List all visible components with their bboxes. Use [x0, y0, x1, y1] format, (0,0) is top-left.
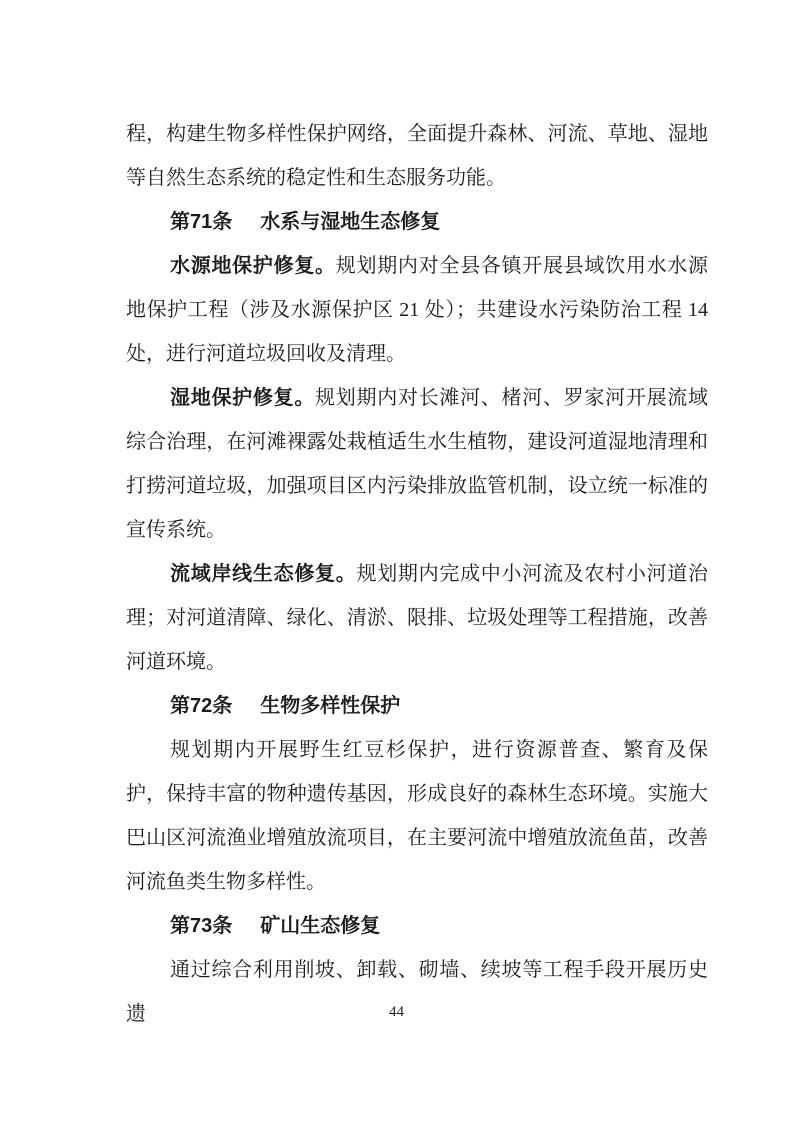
paragraph-lead: 水源地保护修复。 — [170, 255, 336, 277]
paragraph-continuation: 程，构建生物多样性保护网络，全面提升森林、河流、草地、湿地等自然生态系统的稳定性… — [126, 112, 708, 200]
article-number: 第71条 — [170, 211, 232, 233]
paragraph-mine-restoration: 通过综合利用削坡、卸载、砌墙、续坡等工程手段开展历史遗 — [126, 948, 708, 1036]
paragraph-riverbank: 流域岸线生态修复。规划期内完成中小河流及农村小河道治理；对河道清障、绿化、清淤、… — [126, 552, 708, 684]
paragraph-wetland: 湿地保护修复。规划期内对长滩河、楮河、罗家河开展流域综合治理，在河滩裸露处栽植适… — [126, 376, 708, 552]
paragraph-water-source: 水源地保护修复。规划期内对全县各镇开展县域饮用水水源地保护工程（涉及水源保护区 … — [126, 244, 708, 376]
paragraph-biodiversity: 规划期内开展野生红豆杉保护，进行资源普查、繁育及保护，保持丰富的物种遗传基因，形… — [126, 728, 708, 904]
paragraph-lead: 流域岸线生态修复。 — [170, 563, 356, 585]
paragraph-text: 规划期内开展野生红豆杉保护，进行资源普查、繁育及保护，保持丰富的物种遗传基因，形… — [126, 739, 708, 893]
article-number: 第73条 — [170, 915, 232, 937]
article-number: 第72条 — [170, 695, 232, 717]
article-title: 水系与湿地生态修复 — [260, 211, 440, 233]
article-heading-72: 第72条生物多样性保护 — [126, 684, 708, 728]
article-title: 生物多样性保护 — [260, 695, 400, 717]
page-number: 44 — [0, 1002, 793, 1022]
article-heading-73: 第73条矿山生态修复 — [126, 904, 708, 948]
document-page: 程，构建生物多样性保护网络，全面提升森林、河流、草地、湿地等自然生态系统的稳定性… — [0, 0, 793, 1122]
paragraph-text: 程，构建生物多样性保护网络，全面提升森林、河流、草地、湿地等自然生态系统的稳定性… — [126, 123, 708, 189]
article-heading-71: 第71条水系与湿地生态修复 — [126, 200, 708, 244]
document-body: 程，构建生物多样性保护网络，全面提升森林、河流、草地、湿地等自然生态系统的稳定性… — [126, 112, 708, 1036]
paragraph-text: 规划期内对长滩河、楮河、罗家河开展流域综合治理，在河滩裸露处栽植适生水生植物，建… — [126, 387, 708, 541]
paragraph-lead: 湿地保护修复。 — [170, 387, 315, 409]
article-title: 矿山生态修复 — [260, 915, 380, 937]
